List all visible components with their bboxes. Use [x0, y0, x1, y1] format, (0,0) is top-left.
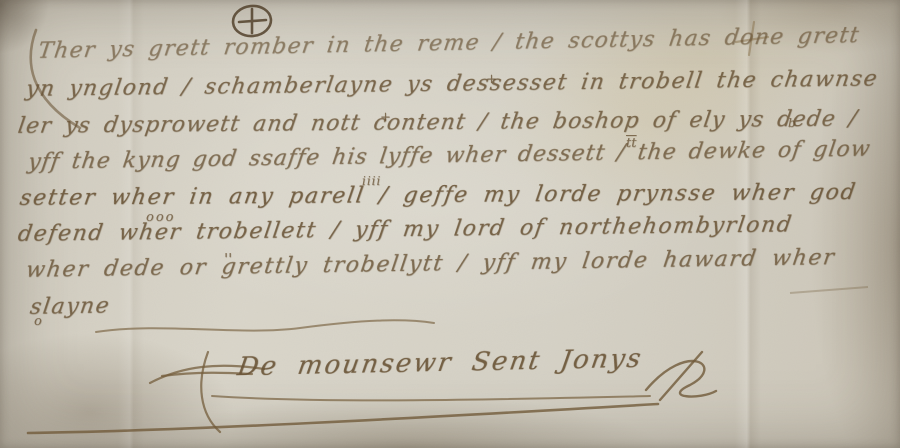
manuscript-line-2: yn ynglond / schamberlayne ys dessesset … — [24, 66, 880, 104]
interlinear-mark: ooo — [146, 210, 175, 225]
interlinear-mark: + — [380, 110, 391, 125]
interlinear-mark: '' — [224, 250, 232, 268]
underline-flourish — [96, 320, 434, 332]
bottom-long-stroke — [28, 404, 658, 433]
interlinear-mark: b — [788, 116, 796, 130]
manuscript-line-6: defend wher trobellett / yff my lord of … — [16, 212, 795, 250]
interlinear-mark: o — [34, 314, 42, 329]
interlinear-mark: iiii — [362, 174, 381, 188]
docket-line: De mounsewr Sent Jonys — [235, 344, 644, 383]
manuscript-line-5: setter wher in any parell / geffe my lor… — [18, 179, 859, 213]
interlinear-mark: + — [486, 72, 497, 87]
docket-underline — [212, 396, 650, 400]
underline-dash — [790, 287, 868, 293]
docket-trailing-flourish — [646, 352, 716, 400]
manuscript-line-1: Ther ys grett romber in the reme / the s… — [36, 22, 861, 66]
manuscript-line-4: yff the kyng god ssaffe his lyffe wher d… — [26, 136, 872, 177]
interlinear-mark: tt — [626, 136, 636, 151]
manuscript-line-3: ler ys dysprowett and nott content / the… — [16, 106, 860, 141]
manuscript-line-7: wher dede or grettly trobellytt / yff my… — [24, 244, 837, 285]
manuscript-page: Ther ys grett romber in the reme / the s… — [0, 0, 900, 448]
